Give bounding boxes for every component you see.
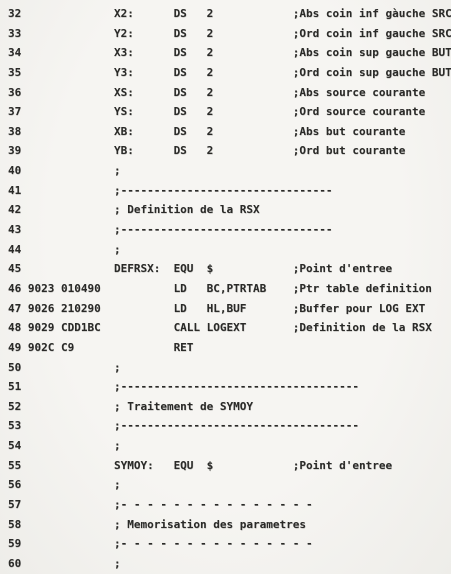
code-line-55: 55 SYMOY: EQU $ ;Point d'entree xyxy=(8,456,451,476)
code-line-60: 60 ; xyxy=(8,554,451,574)
code-line-49: 49 902C C9 RET xyxy=(8,338,451,358)
code-line-50: 50 ; xyxy=(8,358,451,378)
code-line-38: 38 XB: DS 2 ;Abs but courante xyxy=(8,122,451,142)
code-line-41: 41 ;-------------------------------- xyxy=(8,181,451,201)
code-line-33: 33 Y2: DS 2 ;Ord coin inf gauche SRC xyxy=(8,24,451,44)
code-line-46: 46 9023 010490 LD BC,PTRTAB ;Ptr table d… xyxy=(8,279,451,299)
code-line-52: 52 ; Traitement de SYMOY xyxy=(8,397,451,417)
code-line-58: 58 ; Memorisation des parametres xyxy=(8,515,451,535)
code-line-34: 34 X3: DS 2 ;Abs coin sup gauche BUT xyxy=(8,43,451,63)
code-line-44: 44 ; xyxy=(8,240,451,260)
code-line-42: 42 ; Definition de la RSX xyxy=(8,200,451,220)
code-line-56: 56 ; xyxy=(8,475,451,495)
code-line-48: 48 9029 CDD1BC CALL LOGEXT ;Definition d… xyxy=(8,318,451,338)
code-line-36: 36 XS: DS 2 ;Abs source courante xyxy=(8,83,451,103)
code-line-47: 47 9026 210290 LD HL,BUF ;Buffer pour LO… xyxy=(8,299,451,319)
code-line-54: 54 ; xyxy=(8,436,451,456)
code-line-45: 45 DEFRSX: EQU $ ;Point d'entree xyxy=(8,259,451,279)
code-line-53: 53 ;------------------------------------ xyxy=(8,416,451,436)
code-line-39: 39 YB: DS 2 ;Ord but courante xyxy=(8,141,451,161)
code-line-51: 51 ;------------------------------------ xyxy=(8,377,451,397)
code-line-43: 43 ;-------------------------------- xyxy=(8,220,451,240)
code-line-37: 37 YS: DS 2 ;Ord source courante xyxy=(8,102,451,122)
code-line-57: 57 ;- - - - - - - - - - - - - - - xyxy=(8,495,451,515)
code-line-32: 32 X2: DS 2 ;Abs coin inf gàuche SRC xyxy=(8,4,451,24)
code-line-35: 35 Y3: DS 2 ;Ord coin sup gauche BUT xyxy=(8,63,451,83)
assembly-code-listing: 32 X2: DS 2 ;Abs coin inf gàuche SRC33 Y… xyxy=(0,0,451,574)
code-line-40: 40 ; xyxy=(8,161,451,181)
scanned-page: 32 X2: DS 2 ;Abs coin inf gàuche SRC33 Y… xyxy=(0,0,451,574)
code-line-59: 59 ;- - - - - - - - - - - - - - - xyxy=(8,534,451,554)
